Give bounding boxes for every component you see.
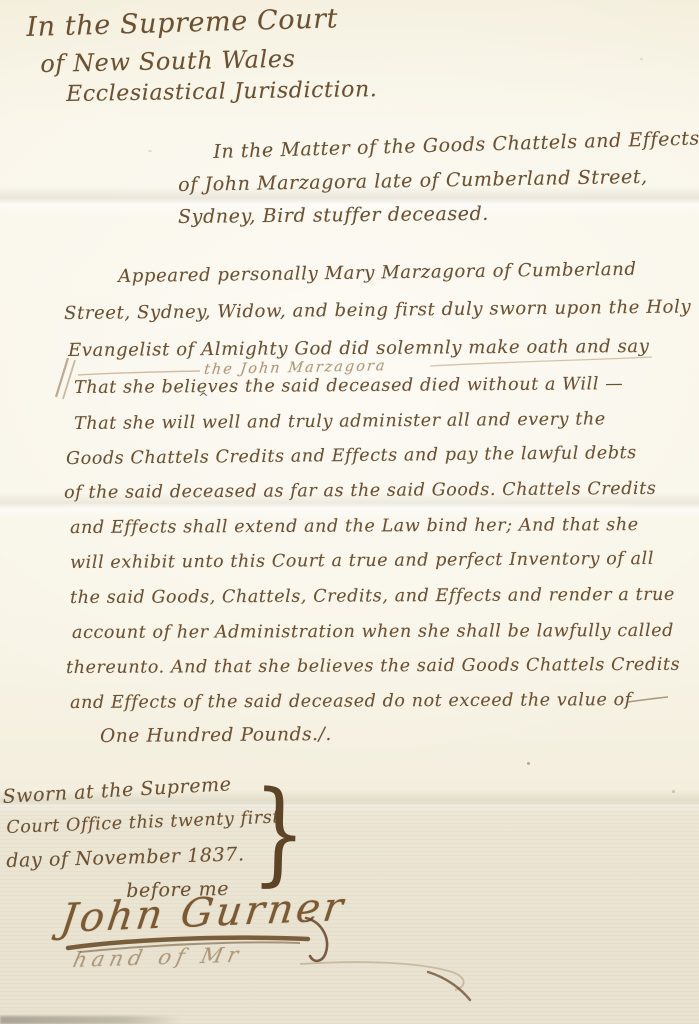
scan-edge-shadow (0, 1016, 180, 1024)
oath-paragraph-line: Evangelist of Almighty God did solemnly … (68, 336, 650, 361)
registrar-signature: John Gurner (58, 884, 349, 942)
oath-paragraph-line: Street, Sydney, Widow, and being first d… (64, 296, 691, 324)
jurisdiction-line: Ecclesiastical Jurisdiction. (66, 77, 378, 107)
deposition-line: of the said deceased as far as the said … (64, 479, 656, 503)
deposition-line: and Effects shall extend and the Law bin… (70, 515, 639, 538)
paper-speck (672, 790, 675, 793)
deposition-line: thereunto. And that she believes the sai… (66, 655, 680, 678)
margin-insertion-mark (56, 358, 68, 397)
matter-line: Sydney, Bird stuffer deceased. (178, 203, 489, 228)
deposition-line: Goods Chattels Credits and Effects and p… (66, 443, 637, 469)
court-title-line: of New South Wales (40, 45, 296, 78)
scanned-document-page: In the Supreme Court of New South Wales … (0, 0, 699, 1024)
deposition-value-line: One Hundred Pounds./. (100, 724, 332, 747)
pencil-tail-flourish (300, 962, 464, 990)
deposition-line: That she will well and truly administer … (74, 409, 606, 434)
oath-paragraph-line: Appeared personally Mary Marzagora of Cu… (118, 259, 637, 287)
paper-speck (527, 762, 530, 765)
interlineation-rule (430, 357, 652, 366)
paper-speck (148, 150, 152, 152)
deposition-line: account of her Administration when she s… (72, 621, 674, 643)
paper-speck (640, 58, 643, 60)
pencil-annotation: hand of Mr (71, 943, 246, 972)
line-end-dash (628, 697, 668, 702)
matter-line: In the Matter of the Goods Chattels and … (213, 127, 699, 163)
ink-curl (428, 972, 470, 1000)
interlineation-rule (78, 371, 200, 375)
matter-line: of John Marzagora late of Cumberland Str… (178, 166, 648, 196)
deposition-line: will exhibit unto this Court a true and … (70, 549, 654, 573)
deposition-line: the said Goods, Chattels, Credits, and E… (70, 585, 675, 608)
attestation-date-line: day of November 1837. (6, 843, 245, 872)
attestation-line: Court Office this twenty first (6, 807, 280, 837)
attestation-line: Sworn at the Supreme (2, 773, 232, 808)
court-title-line: In the Supreme Court (26, 3, 338, 43)
deposition-line: That she believes the said deceased died… (74, 374, 623, 398)
deposition-line: and Effects of the said deceased do not … (70, 690, 632, 713)
attestation-brace: } (251, 776, 307, 890)
